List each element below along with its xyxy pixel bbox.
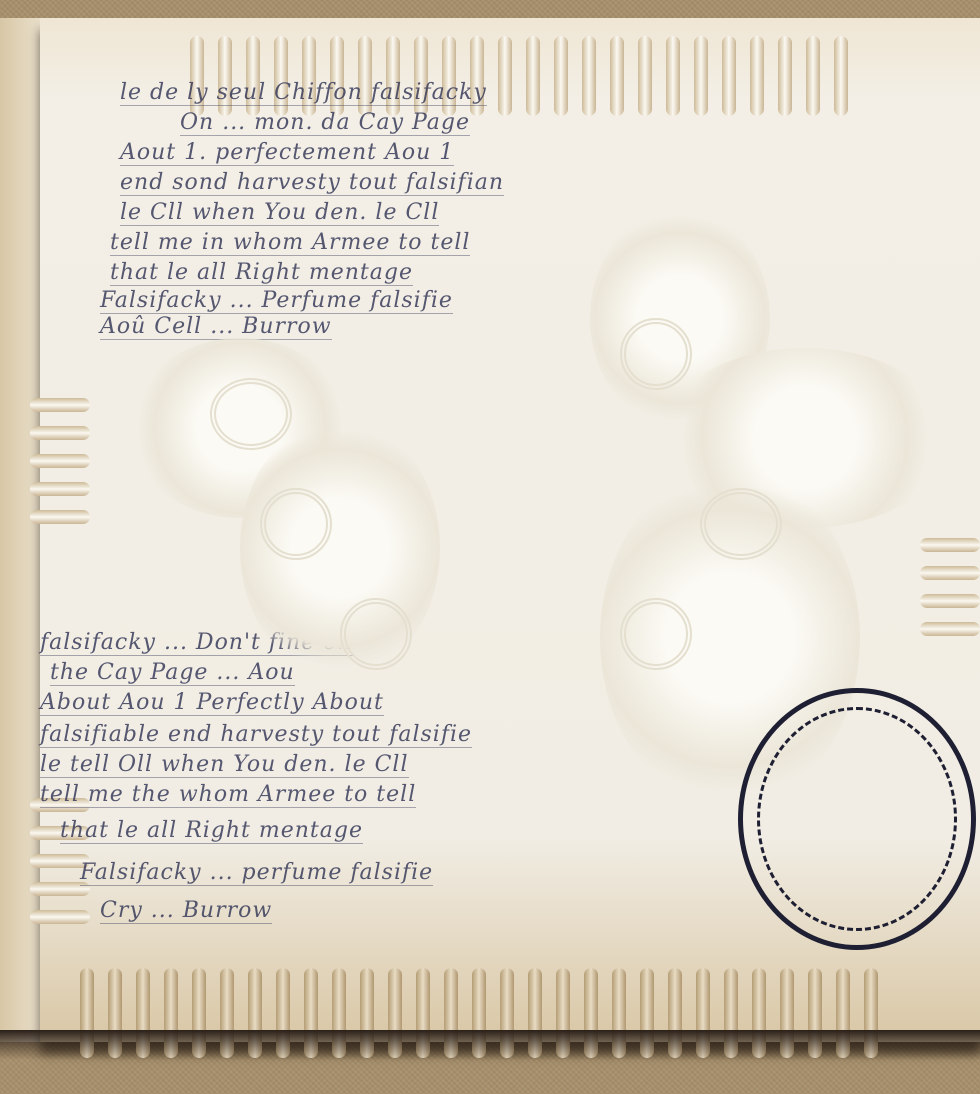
right-corrugation <box>920 538 980 636</box>
script-line: Falsifacky ... perfume falsifie <box>80 860 433 886</box>
script-line: le Cll when You den. le Cll <box>120 200 439 226</box>
stamp-inner-ring <box>757 707 957 931</box>
swirl-motif <box>620 598 692 670</box>
swirl-motif <box>620 318 692 390</box>
script-line: Aout 1. perfectement Aou 1 <box>120 140 454 166</box>
script-line: tell me in whom Armee to tell <box>110 230 470 256</box>
script-line: Cry ... Burrow <box>100 898 272 924</box>
script-line: that le all Right mentage <box>110 260 413 286</box>
script-line: Falsifacky ... Perfume falsifie <box>100 288 453 314</box>
round-postal-stamp <box>738 688 976 950</box>
script-line: le tell Oll when You den. le Cll <box>40 752 409 778</box>
swirl-motif <box>210 378 292 450</box>
script-line: end sond harvesty tout falsifian <box>120 170 504 196</box>
script-line: About Aou 1 Perfectly About <box>40 690 384 716</box>
script-line: that le all Right mentage <box>60 818 363 844</box>
swirl-motif <box>700 488 782 560</box>
script-line: tell me the whom Armee to tell <box>40 782 416 808</box>
swirl-motif <box>260 488 332 560</box>
left-corrugation-upper <box>30 398 90 524</box>
swirl-motif <box>340 598 412 670</box>
script-line: falsifiable end harvesty tout falsifie <box>40 722 472 748</box>
board-shadow <box>0 1030 980 1060</box>
script-line: Aoû Cell ... Burrow <box>100 314 332 340</box>
script-line: On ... mon. da Cay Page <box>180 110 470 136</box>
script-line: le de ly seul Chiffon falsifacky <box>120 80 487 106</box>
script-line: the Cay Page ... Aou <box>50 660 295 686</box>
